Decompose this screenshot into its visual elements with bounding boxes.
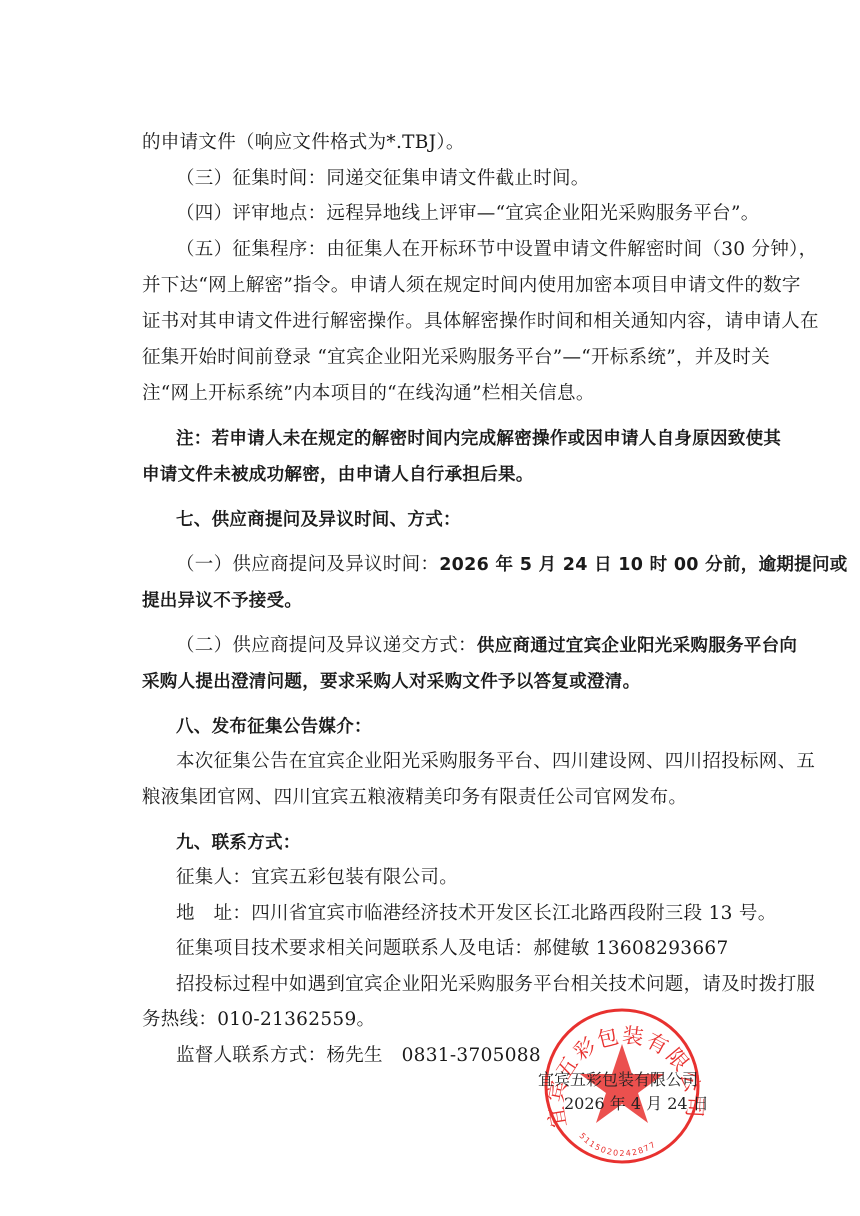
text-line-6: 证书对其申请文件进行解密操作。具体解密操作时间和相关通知内容，请申请人在	[142, 310, 758, 334]
signature-company: 宜宾五彩包装有限公司	[538, 1070, 698, 1090]
note-line-1: 注：若申请人未在规定的解密时间内完成解密操作或因申请人自身原因致使其	[176, 427, 758, 451]
text-line-7: 征集开始时间前登录 “宜宾企业阳光采购服务平台”—“开标系统”，并及时关	[142, 346, 758, 370]
text-line-question-method-cont: 采购人提出澄清问题，要求采购人对采购文件予以答复或澄清。	[142, 670, 758, 694]
question-time-value: 2026 年 5 月 24 日 10 时 00 分前，逾期提问或	[439, 553, 847, 577]
text-line-8: 注“网上开标系统”内本项目的“在线沟通”栏相关信息。	[142, 382, 758, 406]
text-line-question-method: （二）供应商提问及异议递交方式：供应商通过宜宾企业阳光采购服务平台向	[176, 634, 758, 658]
section-heading-9: 九、联系方式：	[176, 831, 758, 855]
text-line-question-time-cont: 提出异议不予接受。	[142, 589, 758, 613]
text-line-5: 并下达“网上解密”指令。申请人须在规定时间内使用加密本项目申请文件的数字	[142, 274, 758, 298]
section-heading-8: 八、发布征集公告媒介：	[176, 715, 758, 739]
document-page: 的申请文件（响应文件格式为*.TBJ）。 （三）征集时间：同递交征集申请文件截止…	[0, 0, 860, 1216]
text-line-4: （五）征集程序：由征集人在开标环节中设置申请文件解密时间（30 分钟），	[176, 238, 758, 262]
contact-collector: 征集人：宜宾五彩包装有限公司。	[176, 866, 758, 890]
text-line-3: （四）评审地点：远程异地线上评审—“宜宾企业阳光采购服务平台”。	[176, 202, 758, 226]
signature-date: 2026 年 4 月 24 日	[564, 1094, 709, 1114]
text-line-media-2: 粮液集团官网、四川宜宾五粮液精美印务有限责任公司官网发布。	[142, 786, 758, 810]
text-line-question-time: （一）供应商提问及异议时间：2026 年 5 月 24 日 10 时 00 分前…	[176, 553, 758, 577]
question-time-label: （一）供应商提问及异议时间：	[176, 553, 439, 577]
contact-technical: 征集项目技术要求相关问题联系人及电话：郝健敏 13608293667	[176, 937, 758, 961]
question-method-label: （二）供应商提问及异议递交方式：	[176, 634, 477, 658]
text-line-media-1: 本次征集公告在宜宾企业阳光采购服务平台、四川建设网、四川招投标网、五	[176, 750, 758, 774]
section-heading-7: 七、供应商提问及异议时间、方式：	[176, 508, 758, 532]
note-line-2: 申请文件未被成功解密，由申请人自行承担后果。	[142, 463, 758, 487]
contact-hotline-1: 招投标过程中如遇到宜宾企业阳光采购服务平台相关技术问题，请及时拨打服	[176, 973, 758, 997]
contact-address: 地 址：四川省宜宾市临港经济技术开发区长江北路西段附三段 13 号。	[176, 902, 758, 926]
question-method-value: 供应商通过宜宾企业阳光采购服务平台向	[477, 634, 797, 658]
text-line-2: （三）征集时间：同递交征集申请文件截止时间。	[176, 167, 758, 191]
text-line-1: 的申请文件（响应文件格式为*.TBJ）。	[142, 131, 758, 155]
